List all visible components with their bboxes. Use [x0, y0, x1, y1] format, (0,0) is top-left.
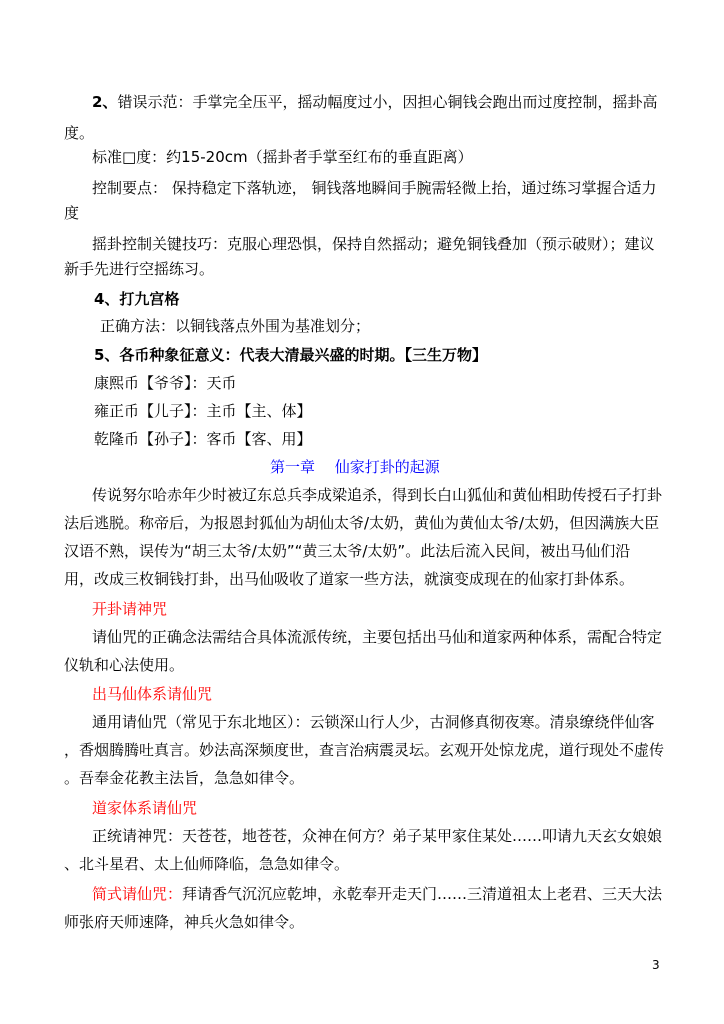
simple-label: 简式请仙咒： [92, 885, 182, 903]
item-2-line-2: 度。 [64, 123, 94, 143]
coin-qianlong: 乾隆币【孙子】：客币【客、用】 [94, 429, 312, 449]
heading-daojia: 道家体系请仙咒 [92, 798, 197, 818]
origin-line-3: 汉语不熟，误传为“胡三太爷/太奶”“黄三太爷/太奶”。此法后流入民间，被出马仙们… [64, 541, 630, 561]
item-5: 5、各币种象征意义：代表大清最兴盛的时期。【三生万物】 [94, 345, 487, 365]
item-2-line-1: 2、错误示范：手掌完全压平，摇动幅度过小，因担心铜钱会跑出而过度控制，摇卦高 [92, 92, 657, 112]
item-4: 4、打九宫格 [94, 289, 179, 309]
control-points-line-2: 度 [64, 203, 79, 223]
key-skills-line-1: 摇卦控制关键技巧：克服心理恐惧，保持自然摇动；避免铜钱叠加（预示破财）；建议 [92, 234, 655, 254]
page-number: 3 [652, 958, 660, 972]
simple-line-2: 师张府天师速降，神兵火急如律令。 [64, 912, 304, 932]
heading-open-divination: 开卦请神咒 [92, 599, 167, 619]
item-number: 2、 [92, 93, 117, 111]
daojia-line-1: 正统请神咒：天苍苍，地苍苍，众神在何方？弟子某甲家住某处……叩请九天玄女娘娘 [92, 826, 662, 846]
simple-line-1: 简式请仙咒：拜请香气沉沉应乾坤，永乾奉开走天门……三清道祖太上老君、三天大法 [92, 884, 662, 904]
heading-chuma: 出马仙体系请仙咒 [92, 684, 212, 704]
key-skills-line-2: 新手先进行空摇练习。 [64, 259, 214, 279]
document-page: 2、错误示范：手掌完全压平，摇动幅度过小，因担心铜钱会跑出而过度控制，摇卦高 度… [0, 0, 724, 1024]
item-text: 错误示范：手掌完全压平，摇动幅度过小，因担心铜钱会跑出而过度控制，摇卦高 [117, 93, 657, 111]
chuma-line-2: ，香烟腾腾吐真言。妙法高深频度世，查言治病震灵坛。玄观开处惊龙虎，道行现处不虚传 [64, 740, 664, 760]
standard-height: 标准□度：约15-20cm（摇卦者手掌至红布的垂直距离） [92, 147, 473, 167]
control-points-line-1: 控制要点： 保持稳定下落轨迹， 铜钱落地瞬间手腕需轻微上抬，通过练习掌握合适力 [92, 178, 657, 198]
origin-line-2: 法后逃脱。称帝后，为报恩封狐仙为胡仙太爷/太奶，黄仙为黄仙太爷/太奶，但因满族大… [64, 513, 659, 533]
origin-line-1: 传说努尔哈赤年少时被辽东总兵李成梁追杀，得到长白山狐仙和黄仙相助传授石子打卦 [92, 485, 662, 505]
item-4-method: 正确方法：以铜钱落点外围为基准划分； [100, 316, 370, 336]
chuma-line-1: 通用请仙咒（常见于东北地区）：云锁深山行人少，古洞修真彻夜寒。清泉缭绕伴仙客 [92, 712, 655, 732]
daojia-line-2: 、北斗星君、太上仙师降临，急急如律令。 [64, 854, 349, 874]
coin-kangxi: 康熙币【爷爷】：天币 [94, 373, 237, 393]
origin-line-4: 用，改成三枚铜钱打卦，出马仙吸收了道家一些方法，就演变成现在的仙家打卦体系。 [64, 569, 634, 589]
coin-yongzheng: 雍正币【儿子】：主币【主、体】 [94, 401, 312, 421]
chapter-title: 第一章 仙家打卦的起源 [270, 457, 440, 477]
open-line-1: 请仙咒的正确念法需结合具体流派传统，主要包括出马仙和道家两种体系，需配合特定 [92, 627, 662, 647]
chuma-line-3: 。吾奉金花教主法旨，急急如律令。 [64, 768, 304, 788]
open-line-2: 仪轨和心法使用。 [64, 655, 184, 675]
simple-text: 拜请香气沉沉应乾坤，永乾奉开走天门……三清道祖太上老君、三天大法 [182, 885, 662, 903]
